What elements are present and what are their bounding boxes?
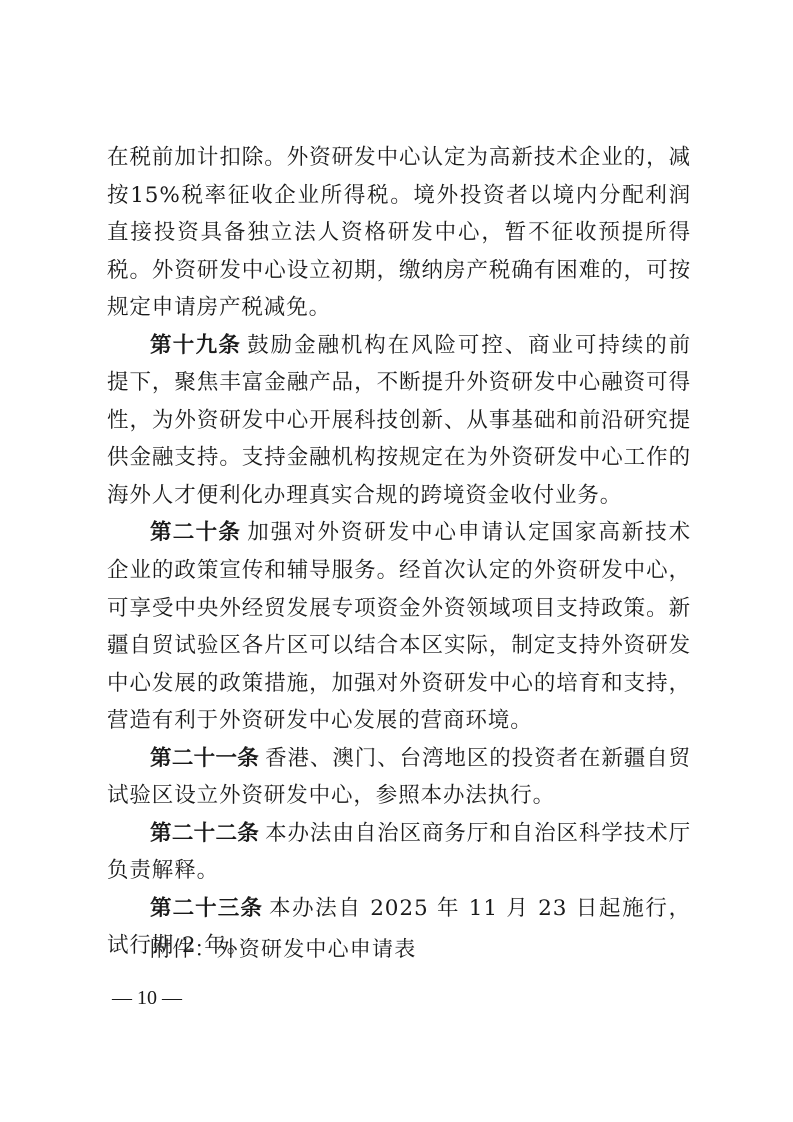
article-19: 第十九条鼓励金融机构在风险可控、商业可持续的前提下，聚焦丰富金融产品，不断提升外… [107, 327, 691, 515]
attachment-note: 附件：外资研发中心申请表 [150, 933, 416, 963]
document-body: 在税前加计扣除。外资研发中心认定为高新技术企业的，减按15%税率征收企业所得税。… [107, 139, 691, 965]
paragraph-text: 加强对外资研发中心申请认定国家高新技术企业的政策宣传和辅导服务。经首次认定的外资… [107, 520, 691, 733]
article-heading: 第二十二条 [150, 821, 259, 846]
article-heading: 第二十条 [150, 520, 241, 545]
article-heading: 第二十一条 [150, 746, 259, 771]
paragraph-text: 鼓励金融机构在风险可控、商业可持续的前提下，聚焦丰富金融产品，不断提升外资研发中… [107, 333, 691, 508]
paragraph-continuation: 在税前加计扣除。外资研发中心认定为高新技术企业的，减按15%税率征收企业所得税。… [107, 139, 691, 327]
article-heading: 第十九条 [150, 333, 241, 358]
article-21: 第二十一条香港、澳门、台湾地区的投资者在新疆自贸试验区设立外资研发中心，参照本办… [107, 740, 691, 815]
article-20: 第二十条加强对外资研发中心申请认定国家高新技术企业的政策宣传和辅导服务。经首次认… [107, 514, 691, 739]
page-number: — 10 — [112, 987, 182, 1010]
article-heading: 第二十三条 [150, 896, 263, 921]
article-22: 第二十二条本办法由自治区商务厅和自治区科学技术厅负责解释。 [107, 815, 691, 890]
paragraph-text: 在税前加计扣除。外资研发中心认定为高新技术企业的，减按15%税率征收企业所得税。… [107, 145, 691, 320]
